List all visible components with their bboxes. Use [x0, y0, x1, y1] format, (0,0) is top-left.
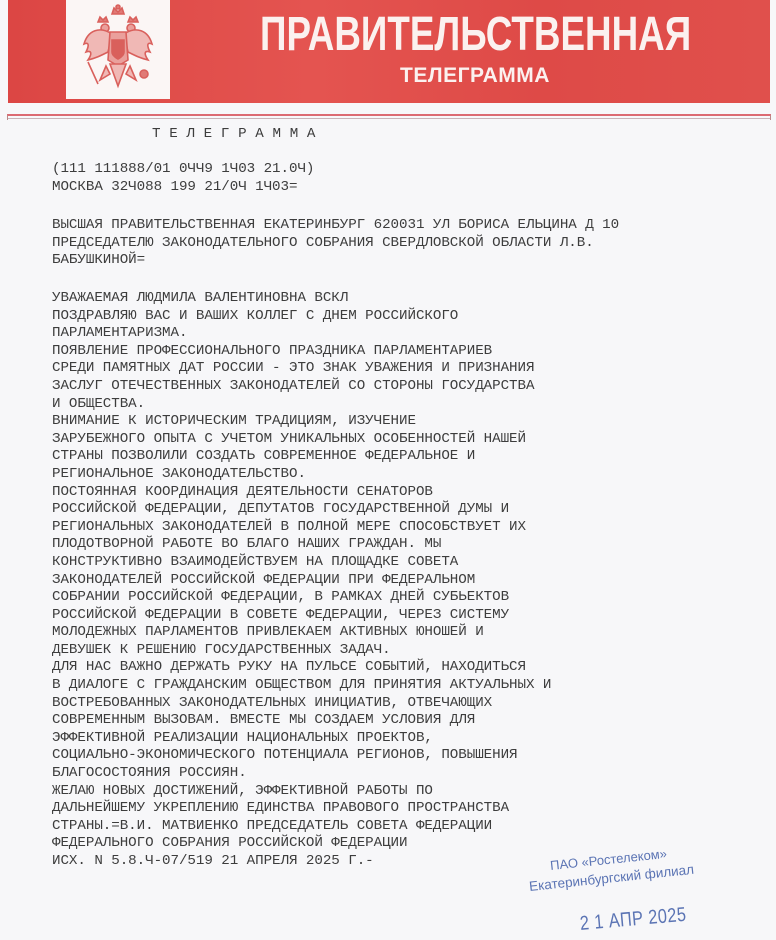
text-line: УВАЖАЕМАЯ ЛЮДМИЛА ВАЛЕНТИНОВНА ВСКЛ [52, 290, 551, 308]
banner-title: ПРАВИТЕЛЬСТВЕННАЯ [260, 6, 612, 61]
text-line: МОЛОДЕЖНЫХ ПАРЛАМЕНТОВ ПРИВЛЕКАЕМ АКТИВН… [52, 624, 551, 642]
text-line: СОВРЕМЕННЫМ ВЫЗОВАМ. ВМЕСТЕ МЫ СОЗДАЕМ У… [52, 712, 551, 730]
text-line: ВОСТРЕБОВАННЫХ ЗАКОНОДАТЕЛЬНЫХ ИНИЦИАТИВ… [52, 695, 551, 713]
text-line: КОНСТРУКТИВНО ВЗАИМОДЕЙСТВУЕМ НА ПЛОЩАДК… [52, 554, 551, 572]
text-line: ЗАКОНОДАТЕЛЕЙ РОССИЙСКОЙ ФЕДЕРАЦИИ ПРИ Ф… [52, 572, 551, 590]
text-line: СОБРАНИИ РОССИЙСКОЙ ФЕДЕРАЦИИ, В РАМКАХ … [52, 589, 551, 607]
text-line: ЖЕЛАЮ НОВЫХ ДОСТИЖЕНИЙ, ЭФФЕКТИВНОЙ РАБО… [52, 783, 551, 801]
text-line: БАБУШКИНОЙ= [52, 252, 619, 270]
telegram-body: УВАЖАЕМАЯ ЛЮДМИЛА ВАЛЕНТИНОВНА ВСКЛПОЗДР… [52, 290, 551, 871]
service-info: (111 111888/01 0ЧЧ9 1Ч03 21.0Ч)МОСКВА 32… [52, 161, 314, 196]
text-line: И ОБЩЕСТВА. [52, 396, 551, 414]
text-line: ФЕДЕРАЛЬНОГО СОБРАНИЯ РОССИЙСКОЙ ФЕДЕРАЦ… [52, 835, 551, 853]
text-line: ЗАРУБЕЖНОГО ОПЫТА С УЧЕТОМ УНИКАЛЬНЫХ ОС… [52, 431, 551, 449]
text-line: ВНИМАНИЕ К ИСТОРИЧЕСКИМ ТРАДИЦИЯМ, ИЗУЧЕ… [52, 413, 551, 431]
form-frame-top [7, 114, 771, 120]
text-line: ПОЯВЛЕНИЕ ПРОФЕССИОНАЛЬНОГО ПРАЗДНИКА ПА… [52, 343, 551, 361]
banner-subtitle: ТЕЛЕГРАММА [400, 64, 550, 88]
text-line: РОССИЙСКОЙ ФЕДЕРАЦИИ, ДЕПУТАТОВ ГОСУДАРС… [52, 501, 551, 519]
text-line: ДЛЯ НАС ВАЖНО ДЕРЖАТЬ РУКУ НА ПУЛЬСЕ СОБ… [52, 659, 551, 677]
text-line: ПОСТОЯННАЯ КООРДИНАЦИЯ ДЕЯТЕЛЬНОСТИ СЕНА… [52, 484, 551, 502]
text-line: РОССИЙСКОЙ ФЕДЕРАЦИИ В СОВЕТЕ ФЕДЕРАЦИИ,… [52, 607, 551, 625]
text-line: ПАРЛАМЕНТАРИЗМА. [52, 325, 551, 343]
russian-coat-of-arms-icon [78, 4, 158, 96]
text-line: ПОЗДРАВЛЯЮ ВАС И ВАШИХ КОЛЛЕГ С ДНЕМ РОС… [52, 308, 551, 326]
text-line: ЗАСЛУГ ОТЕЧЕСТВЕННЫХ ЗАКОНОДАТЕЛЕЙ СО СТ… [52, 378, 551, 396]
text-line: В ДИАЛОГЕ С ГРАЖДАНСКИМ ОБЩЕСТВОМ ДЛЯ ПР… [52, 677, 551, 695]
header-banner: ПРАВИТЕЛЬСТВЕННАЯ ТЕЛЕГРАММА [8, 0, 770, 103]
text-line: ИСХ. N 5.8.Ч-07/519 21 АПРЕЛЯ 2025 Г.- [52, 853, 551, 871]
emblem-box [66, 0, 170, 99]
text-line: МОСКВА 32Ч088 199 21/0Ч 1Ч03= [52, 179, 314, 197]
text-line: ВЫСШАЯ ПРАВИТЕЛЬСТВЕННАЯ ЕКАТЕРИНБУРГ 62… [52, 217, 619, 235]
document-heading: ТЕЛЕГРАММА [152, 126, 324, 144]
text-line: СТРАНЫ.=В.И. МАТВИЕНКО ПРЕДСЕДАТЕЛЬ СОВЕ… [52, 818, 551, 836]
text-line: СТРАНЫ ПОЗВОЛИЛИ СОЗДАТЬ СОВРЕМЕННОЕ ФЕД… [52, 448, 551, 466]
text-line: РЕГИОНАЛЬНЫХ ЗАКОНОДАТЕЛЕЙ В ПОЛНОЙ МЕРЕ… [52, 519, 551, 537]
text-line: (111 111888/01 0ЧЧ9 1Ч03 21.0Ч) [52, 161, 314, 179]
text-line: ЭФФЕКТИВНОЙ РЕАЛИЗАЦИИ НАЦИОНАЛЬНЫХ ПРОЕ… [52, 730, 551, 748]
text-line: СОЦИАЛЬНО-ЭКОНОМИЧЕСКОГО ПОТЕНЦИАЛА РЕГИ… [52, 747, 551, 765]
text-line: ПЛОДОТВОРНОЙ РАБОТЕ ВО БЛАГО НАШИХ ГРАЖД… [52, 536, 551, 554]
text-line: ДАЛЬНЕЙШЕМУ УКРЕПЛЕНИЮ ЕДИНСТВА ПРАВОВОГ… [52, 800, 551, 818]
stamp-date: 2 1 АПР 2025 [579, 904, 687, 936]
recipient-address: ВЫСШАЯ ПРАВИТЕЛЬСТВЕННАЯ ЕКАТЕРИНБУРГ 62… [52, 217, 619, 270]
text-line: СРЕДИ ПАМЯТНЫХ ДАТ РОССИИ - ЭТО ЗНАК УВА… [52, 360, 551, 378]
text-line: РЕГИОНАЛЬНОЕ ЗАКОНОДАТЕЛЬСТВО. [52, 466, 551, 484]
text-line: ПРЕДСЕДАТЕЛЮ ЗАКОНОДАТЕЛЬНОГО СОБРАНИЯ С… [52, 235, 619, 253]
text-line: ДЕВУШЕК К РЕШЕНИЮ ГОСУДАРСТВЕННЫХ ЗАДАЧ. [52, 642, 551, 660]
text-line: БЛАГОСОСТОЯНИЯ РОССИЯН. [52, 765, 551, 783]
